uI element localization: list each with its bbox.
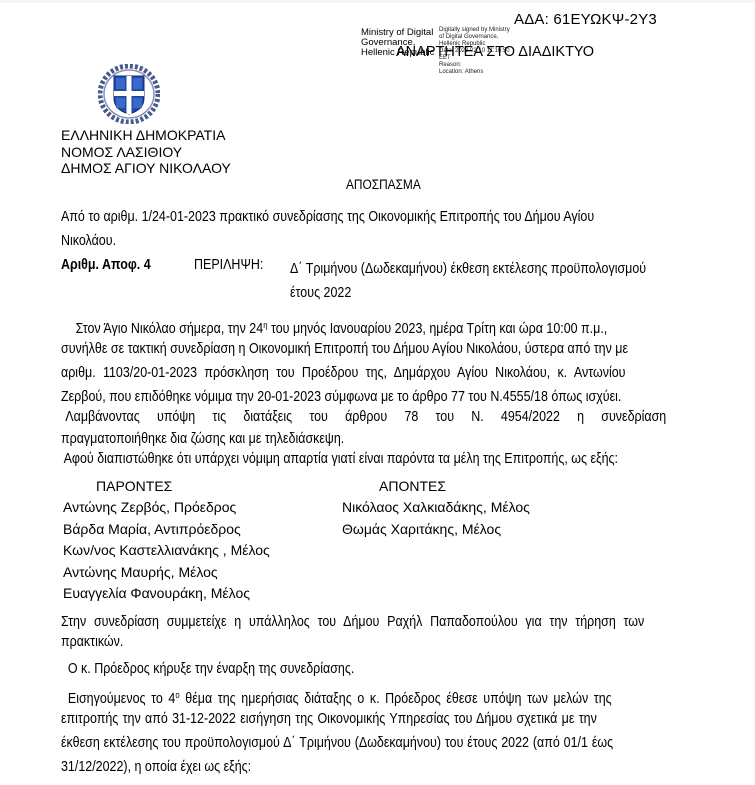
clerk-paragraph: Στην συνεδρίαση συμμετείχε η υπάλληλος τ…	[61, 612, 708, 652]
subject-line: επιτροπής την από 31-12-2022 εισήγηση τη…	[61, 707, 597, 731]
issuer-block: ΕΛΛΗΝΙΚΗ ΔΗΜΟΚΡΑΤΙΑ ΝΟΜΟΣ ΛΑΣΙΘΙΟΥ ΔΗΜΟΣ…	[61, 127, 231, 177]
subject-line: 31/12/2022), η οποία έχει ως εξής:	[61, 755, 251, 779]
meeting-paragraph: Στον Άγιο Νικόλαο σήμερα, την 24η του μη…	[61, 313, 708, 409]
absent-member: Νικόλαος Χαλκιαδάκης, Μέλος	[342, 497, 530, 519]
present-heading: ΠΑΡΟΝΤΕΣ	[96, 476, 172, 498]
clerk-line: πρακτικών.	[61, 632, 123, 652]
summary-label: ΠΕΡΙΛΗΨΗ:	[194, 257, 263, 273]
absent-heading: ΑΠΟΝΤΕΣ	[379, 476, 446, 498]
document-title: ΑΠΟΣΠΑΣΜΑ	[346, 177, 421, 192]
signature-detail-line: of Digital Governance,	[439, 34, 510, 41]
intro-line: Νικολάου.	[61, 229, 116, 253]
decision-number: Αριθμ. Αποφ. 4	[61, 257, 151, 273]
present-list: Αντώνης Ζερβός, Πρόεδρος Βάρδα Μαρία, Αν…	[63, 497, 270, 605]
subject-line: έκθεση εκτέλεσης του προϋπολογισμού Δ΄ Τ…	[61, 731, 613, 755]
meeting-line: συνήλθε σε τακτική συνεδρίαση η Οικονομι…	[61, 337, 628, 361]
opening-paragraph: Ο κ. Πρόεδρος κήρυξε την έναρξη της συνε…	[61, 657, 708, 681]
summary-text: έτους 2022	[290, 281, 351, 305]
summary-text: Δ΄ Τριμήνου (Δωδεκαμήνου) έκθεση εκτέλεσ…	[290, 257, 646, 281]
law-line: Λαμβάνοντας υπόψη τις διατάξεις του άρθρ…	[61, 405, 666, 429]
intro-line: Από το αριθμ. 1/24-01-2023 πρακτικό συνε…	[61, 205, 594, 229]
signature-detail-line: Reason:	[439, 62, 510, 69]
present-member: Αντώνης Ζερβός, Πρόεδρος	[63, 497, 270, 519]
intro-paragraph: Από το αριθμ. 1/24-01-2023 πρακτικό συνε…	[61, 205, 708, 253]
absent-member: Θωμάς Χαριτάκης, Μέλος	[342, 519, 530, 541]
law-paragraph: Λαμβάνοντας υπόψη τις διατάξεις του άρθρ…	[61, 405, 708, 429]
meeting-line: αριθμ. 1103/20-01-2023 πρόσκληση του Προ…	[61, 361, 625, 385]
present-member: Ευαγγελία Φανουράκη, Μέλος	[63, 583, 270, 605]
signature-detail-line: Digitally signed by Ministry	[439, 27, 510, 34]
signature-detail-line: Location: Athens	[439, 69, 510, 76]
page-top-edge	[0, 0, 755, 3]
issuer-line: ΔΗΜΟΣ ΑΓΙΟΥ ΝΙΚΟΛΑΟΥ	[61, 160, 231, 177]
posting-notice: ΑΝΑΡΤΗΤΕΑ ΣΤΟ ΔΙΑΔΙΚΤΥΟ	[396, 44, 594, 60]
law-line: πραγματοποιήθηκε δια ζώσης και με τηλεδι…	[61, 429, 344, 449]
greek-coat-of-arms-icon	[98, 64, 160, 124]
issuer-line: ΝΟΜΟΣ ΛΑΣΙΘΙΟΥ	[61, 144, 231, 161]
present-member: Αντώνης Μαυρής, Μέλος	[63, 562, 270, 584]
issuer-line: ΕΛΛΗΝΙΚΗ ΔΗΜΟΚΡΑΤΙΑ	[61, 127, 231, 144]
absent-list: Νικόλαος Χαλκιαδάκης, Μέλος Θωμάς Χαριτά…	[342, 497, 530, 540]
clerk-line: Στην συνεδρίαση συμμετείχε η υπάλληλος τ…	[61, 612, 644, 632]
present-member: Βάρδα Μαρία, Αντιπρόεδρος	[63, 519, 270, 541]
ada-code: ΑΔΑ: 61ΕΥΩΚΨ-2Υ3	[514, 11, 657, 28]
subject-paragraph: Εισηγούμενος το 4ο θέμα της ημερήσιας δι…	[61, 683, 708, 779]
law-paragraph-cont: πραγματοποιήθηκε δια ζώσης και με τηλεδι…	[61, 429, 708, 469]
present-member: Κων/νος Καστελλιανάκης , Μέλος	[63, 540, 270, 562]
quorum-line: Αφού διαπιστώθηκε ότι υπάρχει νόμιμη απα…	[61, 449, 618, 469]
opening-line: Ο κ. Πρόεδρος κήρυξε την έναρξη της συνε…	[61, 657, 354, 681]
